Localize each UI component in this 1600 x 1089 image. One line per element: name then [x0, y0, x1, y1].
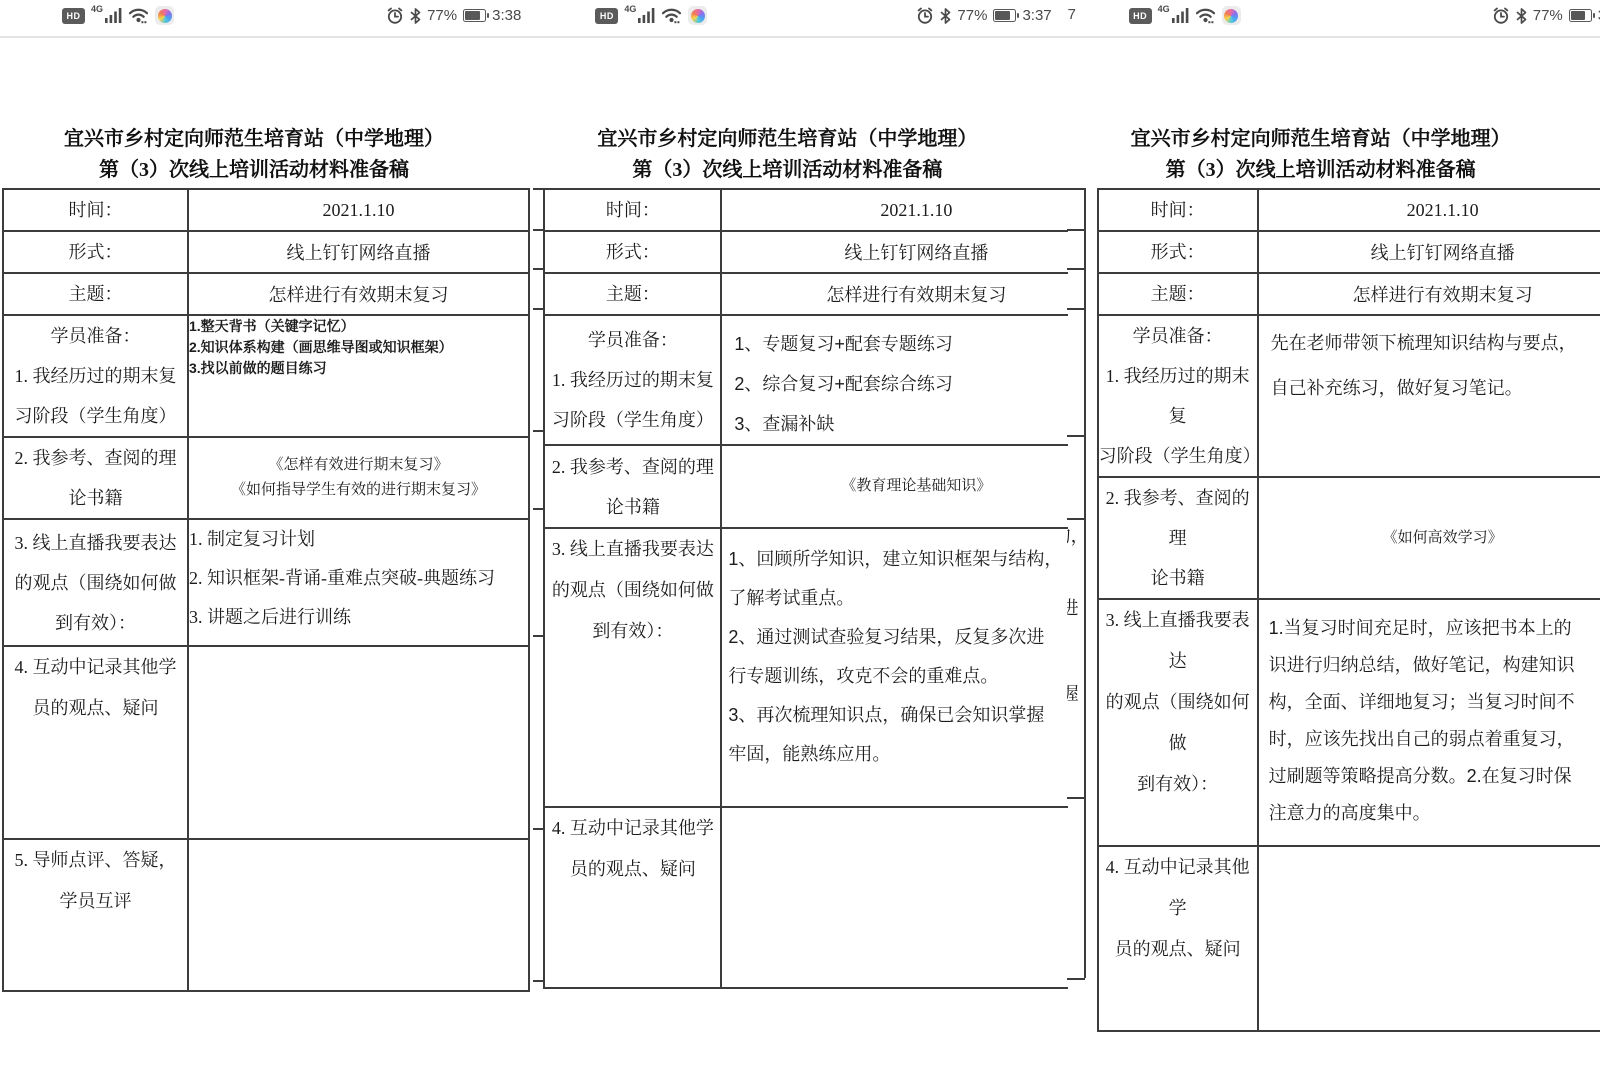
table-row: 学员准备： 1. 我经历过的期末复 习阶段（学生角度）先在老师带领下梳理知识结构… — [1098, 315, 1600, 477]
table-row: 学员准备： 1. 我经历过的期末复 习阶段（学生角度）1、专题复习+配套专题练习… — [544, 315, 1067, 445]
table-cell-value: 2021.1.10 — [1258, 189, 1600, 231]
doc-title-line2: 第（3）次线上培训活动材料准备稿 — [0, 155, 508, 186]
table-cell-label: 3. 线上直播我要表达 的观点（围绕如何做 到有效）： — [3, 519, 188, 646]
table-row: 2. 我参考、查阅的理 论书籍《怎样有效进行期末复习》 《如何指导学生有效的进行… — [3, 437, 529, 519]
table-cell-label: 4. 互动中记录其他学 员的观点、疑问 — [1098, 846, 1258, 1031]
table-row: 学员准备： 1. 我经历过的期末复 习阶段（学生角度）1.整天背书（关键字记忆）… — [3, 315, 529, 437]
wifi-icon — [661, 7, 682, 24]
wifi-icon — [128, 7, 149, 24]
table-cell-label: 学员准备： 1. 我经历过的期末复 习阶段（学生角度） — [3, 315, 188, 437]
clipped-table-border — [1084, 188, 1086, 978]
table-cell-label: 形式： — [3, 231, 188, 273]
table-cell-label: 学员准备： 1. 我经历过的期末复 习阶段（学生角度） — [1098, 315, 1258, 477]
phone-screenshot-1[interactable]: HD 4G 77% 3:38 宜兴市乡村定向师范生培育站（中学地理） 第（3）次… — [0, 0, 534, 1089]
doc-title-line1: 宜兴市乡村定向师范生培育站（中学地理） — [1067, 124, 1575, 155]
doc-title-line2: 第（3）次线上培训活动材料准备稿 — [1067, 155, 1575, 186]
table-cell-value: 怎样进行有效期末复习 — [1258, 273, 1600, 315]
table-row: 2. 我参考、查阅的理 论书籍《教育理论基础知识》 — [544, 445, 1067, 528]
table-cell-label: 时间： — [1098, 189, 1258, 231]
doc-title-line1: 宜兴市乡村定向师范生培育站（中学地理） — [0, 124, 508, 155]
gallery-app-icon — [155, 6, 174, 25]
table-row: 形式：线上钉钉网络直播 — [1098, 231, 1600, 273]
battery-icon — [993, 9, 1016, 22]
table-cell-value: 《如何高效学习》 — [1258, 477, 1600, 599]
hd-badge-icon: HD — [1129, 8, 1152, 24]
statusbar-right-cluster: 77% 3:38 — [386, 0, 521, 31]
table-row: 3. 线上直播我要表达 的观点（围绕如何做 到有效）：1. 制定复习计划 2. … — [3, 519, 529, 646]
screenshot-collage: HD 4G 77% 3:38 宜兴市乡村定向师范生培育站（中学地理） 第（3）次… — [0, 0, 1600, 1089]
table-cell-label: 3. 线上直播我要表达 的观点（围绕如何做 到有效）： — [1098, 599, 1258, 846]
table-row: 4. 互动中记录其他学 员的观点、疑问 — [544, 807, 1067, 988]
table-cell-value: 1.整天背书（关键字记忆） 2.知识体系构建（画思维导图或知识框架） 3.找以前… — [188, 315, 529, 437]
clipped-table-line — [533, 308, 543, 310]
table-cell-label: 形式： — [1098, 231, 1258, 273]
clipped-text-fragment: 进 — [1067, 594, 1083, 620]
table-cell-value: 1、回顾所学知识，建立知识框架与结构， 了解考试重点。 2、通过测试查验复习结果… — [721, 528, 1067, 807]
doc-title: 宜兴市乡村定向师范生培育站（中学地理） 第（3）次线上培训活动材料准备稿 — [1067, 124, 1575, 186]
table-cell-value: 怎样进行有效期末复习 — [188, 273, 529, 315]
clipped-table-line — [533, 828, 543, 830]
table-cell-value — [721, 807, 1067, 988]
clipped-text-fragment: 构， — [1067, 522, 1083, 548]
statusbar-right-cluster: 77% 3:37 — [1492, 0, 1600, 31]
table-cell-label: 2. 我参考、查阅的理 论书籍 — [1098, 477, 1258, 599]
battery-percent: 77% — [957, 7, 987, 24]
hd-badge-icon: HD — [62, 8, 85, 24]
table-cell-value: 怎样进行有效期末复习 — [721, 273, 1067, 315]
clipped-table-line — [533, 980, 543, 982]
wifi-icon — [1195, 7, 1216, 24]
network-type-label: 4G — [91, 4, 103, 14]
table-cell-label: 主题： — [3, 273, 188, 315]
clipped-time-fragment: 7 — [1068, 6, 1076, 23]
clipped-table-line — [1067, 308, 1085, 310]
table-cell-value: 线上钉钉网络直播 — [1258, 231, 1600, 273]
phone-screenshot-3[interactable]: HD 4G 77% 3:37 7 宜兴市乡村定向师范生培育站（中学地理） 第（3… — [1067, 0, 1600, 1089]
table-cell-label: 主题： — [1098, 273, 1258, 315]
bluetooth-icon — [940, 8, 951, 24]
battery-icon — [1569, 9, 1592, 22]
table-cell-label: 4. 互动中记录其他学 员的观点、疑问 — [3, 646, 188, 839]
table-row: 3. 线上直播我要表达 的观点（围绕如何做 到有效）：1.当复习时间充足时，应该… — [1098, 599, 1600, 846]
clipped-table-line — [1067, 229, 1085, 231]
table-cell-value — [188, 646, 529, 839]
clipped-table-line — [1067, 518, 1085, 520]
table-cell-value: 1.当复习时间充足时，应该把书本上的 识进行归纳总结，做好笔记，构建知识 构，全… — [1258, 599, 1600, 846]
table-row: 5. 导师点评、答疑， 学员互评 — [3, 839, 529, 991]
prep-table: 时间：2021.1.10形式：线上钉钉网络直播主题：怎样进行有效期末复习学员准备… — [2, 188, 530, 992]
prep-table: 时间：2021.1.10形式：线上钉钉网络直播主题：怎样进行有效期末复习学员准备… — [1097, 188, 1600, 1032]
table-row: 形式：线上钉钉网络直播 — [3, 231, 529, 273]
clipped-table-line — [1067, 268, 1085, 270]
table-cell-label: 学员准备： 1. 我经历过的期末复 习阶段（学生角度） — [544, 315, 721, 445]
table-cell-value: 《怎样有效进行期末复习》 《如何指导学生有效的进行期末复习》 — [188, 437, 529, 519]
battery-icon — [463, 9, 486, 22]
signal-bars-icon — [105, 8, 122, 23]
battery-percent: 77% — [427, 7, 457, 24]
table-row: 主题：怎样进行有效期末复习 — [544, 273, 1067, 315]
table-row: 时间：2021.1.10 — [1098, 189, 1600, 231]
clipped-table-line — [1067, 978, 1085, 980]
battery-percent: 77% — [1533, 7, 1563, 24]
clipped-table-line — [1067, 188, 1085, 190]
table-row: 3. 线上直播我要表达 的观点（围绕如何做 到有效）：1、回顾所学知识，建立知识… — [544, 528, 1067, 807]
table-cell-label: 时间： — [544, 189, 721, 231]
table-row: 形式：线上钉钉网络直播 — [544, 231, 1067, 273]
bluetooth-icon — [1516, 8, 1527, 24]
table-row: 4. 互动中记录其他学 员的观点、疑问 — [3, 646, 529, 839]
doc-title-line1: 宜兴市乡村定向师范生培育站（中学地理） — [533, 124, 1041, 155]
table-cell-value: 1、专题复习+配套专题练习 2、综合复习+配套综合练习 3、查漏补缺 — [721, 315, 1067, 445]
network-type-label: 4G — [1158, 4, 1170, 14]
bluetooth-icon — [410, 8, 421, 24]
table-cell-value: 2021.1.10 — [188, 189, 529, 231]
table-cell-value — [188, 839, 529, 991]
doc-title: 宜兴市乡村定向师范生培育站（中学地理） 第（3）次线上培训活动材料准备稿 — [0, 124, 508, 186]
clipped-table-line — [533, 430, 543, 432]
table-cell-label: 5. 导师点评、答疑， 学员互评 — [3, 839, 188, 991]
table-cell-label: 3. 线上直播我要表达 的观点（围绕如何做 到有效）： — [544, 528, 721, 807]
table-cell-label: 时间： — [3, 189, 188, 231]
table-cell-value — [1258, 846, 1600, 1031]
table-cell-label: 4. 互动中记录其他学 员的观点、疑问 — [544, 807, 721, 988]
network-type-label: 4G — [624, 4, 636, 14]
table-cell-label: 主题： — [544, 273, 721, 315]
table-cell-value: 1. 制定复习计划 2. 知识框架-背诵-重难点突破-典题练习 3. 讲题之后进… — [188, 519, 529, 646]
gallery-app-icon — [1222, 6, 1241, 25]
table-cell-value: 线上钉钉网络直播 — [188, 231, 529, 273]
table-cell-value: 线上钉钉网络直播 — [721, 231, 1067, 273]
table-row: 时间：2021.1.10 — [544, 189, 1067, 231]
table-cell-label: 形式： — [544, 231, 721, 273]
table-row: 主题：怎样进行有效期末复习 — [1098, 273, 1600, 315]
statusbar-left-cluster: HD 4G — [1129, 0, 1241, 31]
table-row: 4. 互动中记录其他学 员的观点、疑问 — [1098, 846, 1600, 1031]
clipped-table-line — [533, 268, 543, 270]
status-time: 3:37 — [1022, 7, 1051, 24]
table-cell-value: 2021.1.10 — [721, 189, 1067, 231]
statusbar-right-cluster: 77% 3:37 — [916, 0, 1051, 31]
signal-bars-icon — [1172, 8, 1189, 23]
hd-badge-icon: HD — [595, 8, 618, 24]
signal-bars-icon — [638, 8, 655, 23]
alarm-clock-icon — [1492, 7, 1510, 25]
clipped-table-line — [533, 635, 543, 637]
alarm-clock-icon — [386, 7, 404, 25]
prep-table: 时间：2021.1.10形式：线上钉钉网络直播主题：怎样进行有效期末复习学员准备… — [543, 188, 1067, 989]
table-row: 主题：怎样进行有效期末复习 — [3, 273, 529, 315]
clipped-table-line — [533, 229, 543, 231]
clipped-table-line — [533, 188, 543, 190]
clipped-text-fragment: 握 — [1067, 680, 1083, 706]
table-cell-label: 2. 我参考、查阅的理 论书籍 — [544, 445, 721, 528]
table-cell-value: 《教育理论基础知识》 — [721, 445, 1067, 528]
status-time: 3:38 — [492, 7, 521, 24]
doc-title-line2: 第（3）次线上培训活动材料准备稿 — [533, 155, 1041, 186]
alarm-clock-icon — [916, 7, 934, 25]
phone-screenshot-2[interactable]: HD 4G 77% 3:37 宜兴市乡村定向师范生培育站（中学地理） 第（3）次… — [533, 0, 1067, 1089]
clipped-table-line — [533, 508, 543, 510]
clipped-table-line — [1067, 435, 1085, 437]
table-cell-label: 2. 我参考、查阅的理 论书籍 — [3, 437, 188, 519]
table-row: 时间：2021.1.10 — [3, 189, 529, 231]
table-cell-value: 先在老师带领下梳理知识结构与要点， 自己补充练习，做好复习笔记。 — [1258, 315, 1600, 477]
statusbar-left-cluster: HD 4G — [62, 0, 174, 31]
clipped-table-line — [1067, 797, 1085, 799]
doc-title: 宜兴市乡村定向师范生培育站（中学地理） 第（3）次线上培训活动材料准备稿 — [533, 124, 1041, 186]
gallery-app-icon — [688, 6, 707, 25]
statusbar-left-cluster: HD 4G — [595, 0, 707, 31]
table-row: 2. 我参考、查阅的理 论书籍《如何高效学习》 — [1098, 477, 1600, 599]
